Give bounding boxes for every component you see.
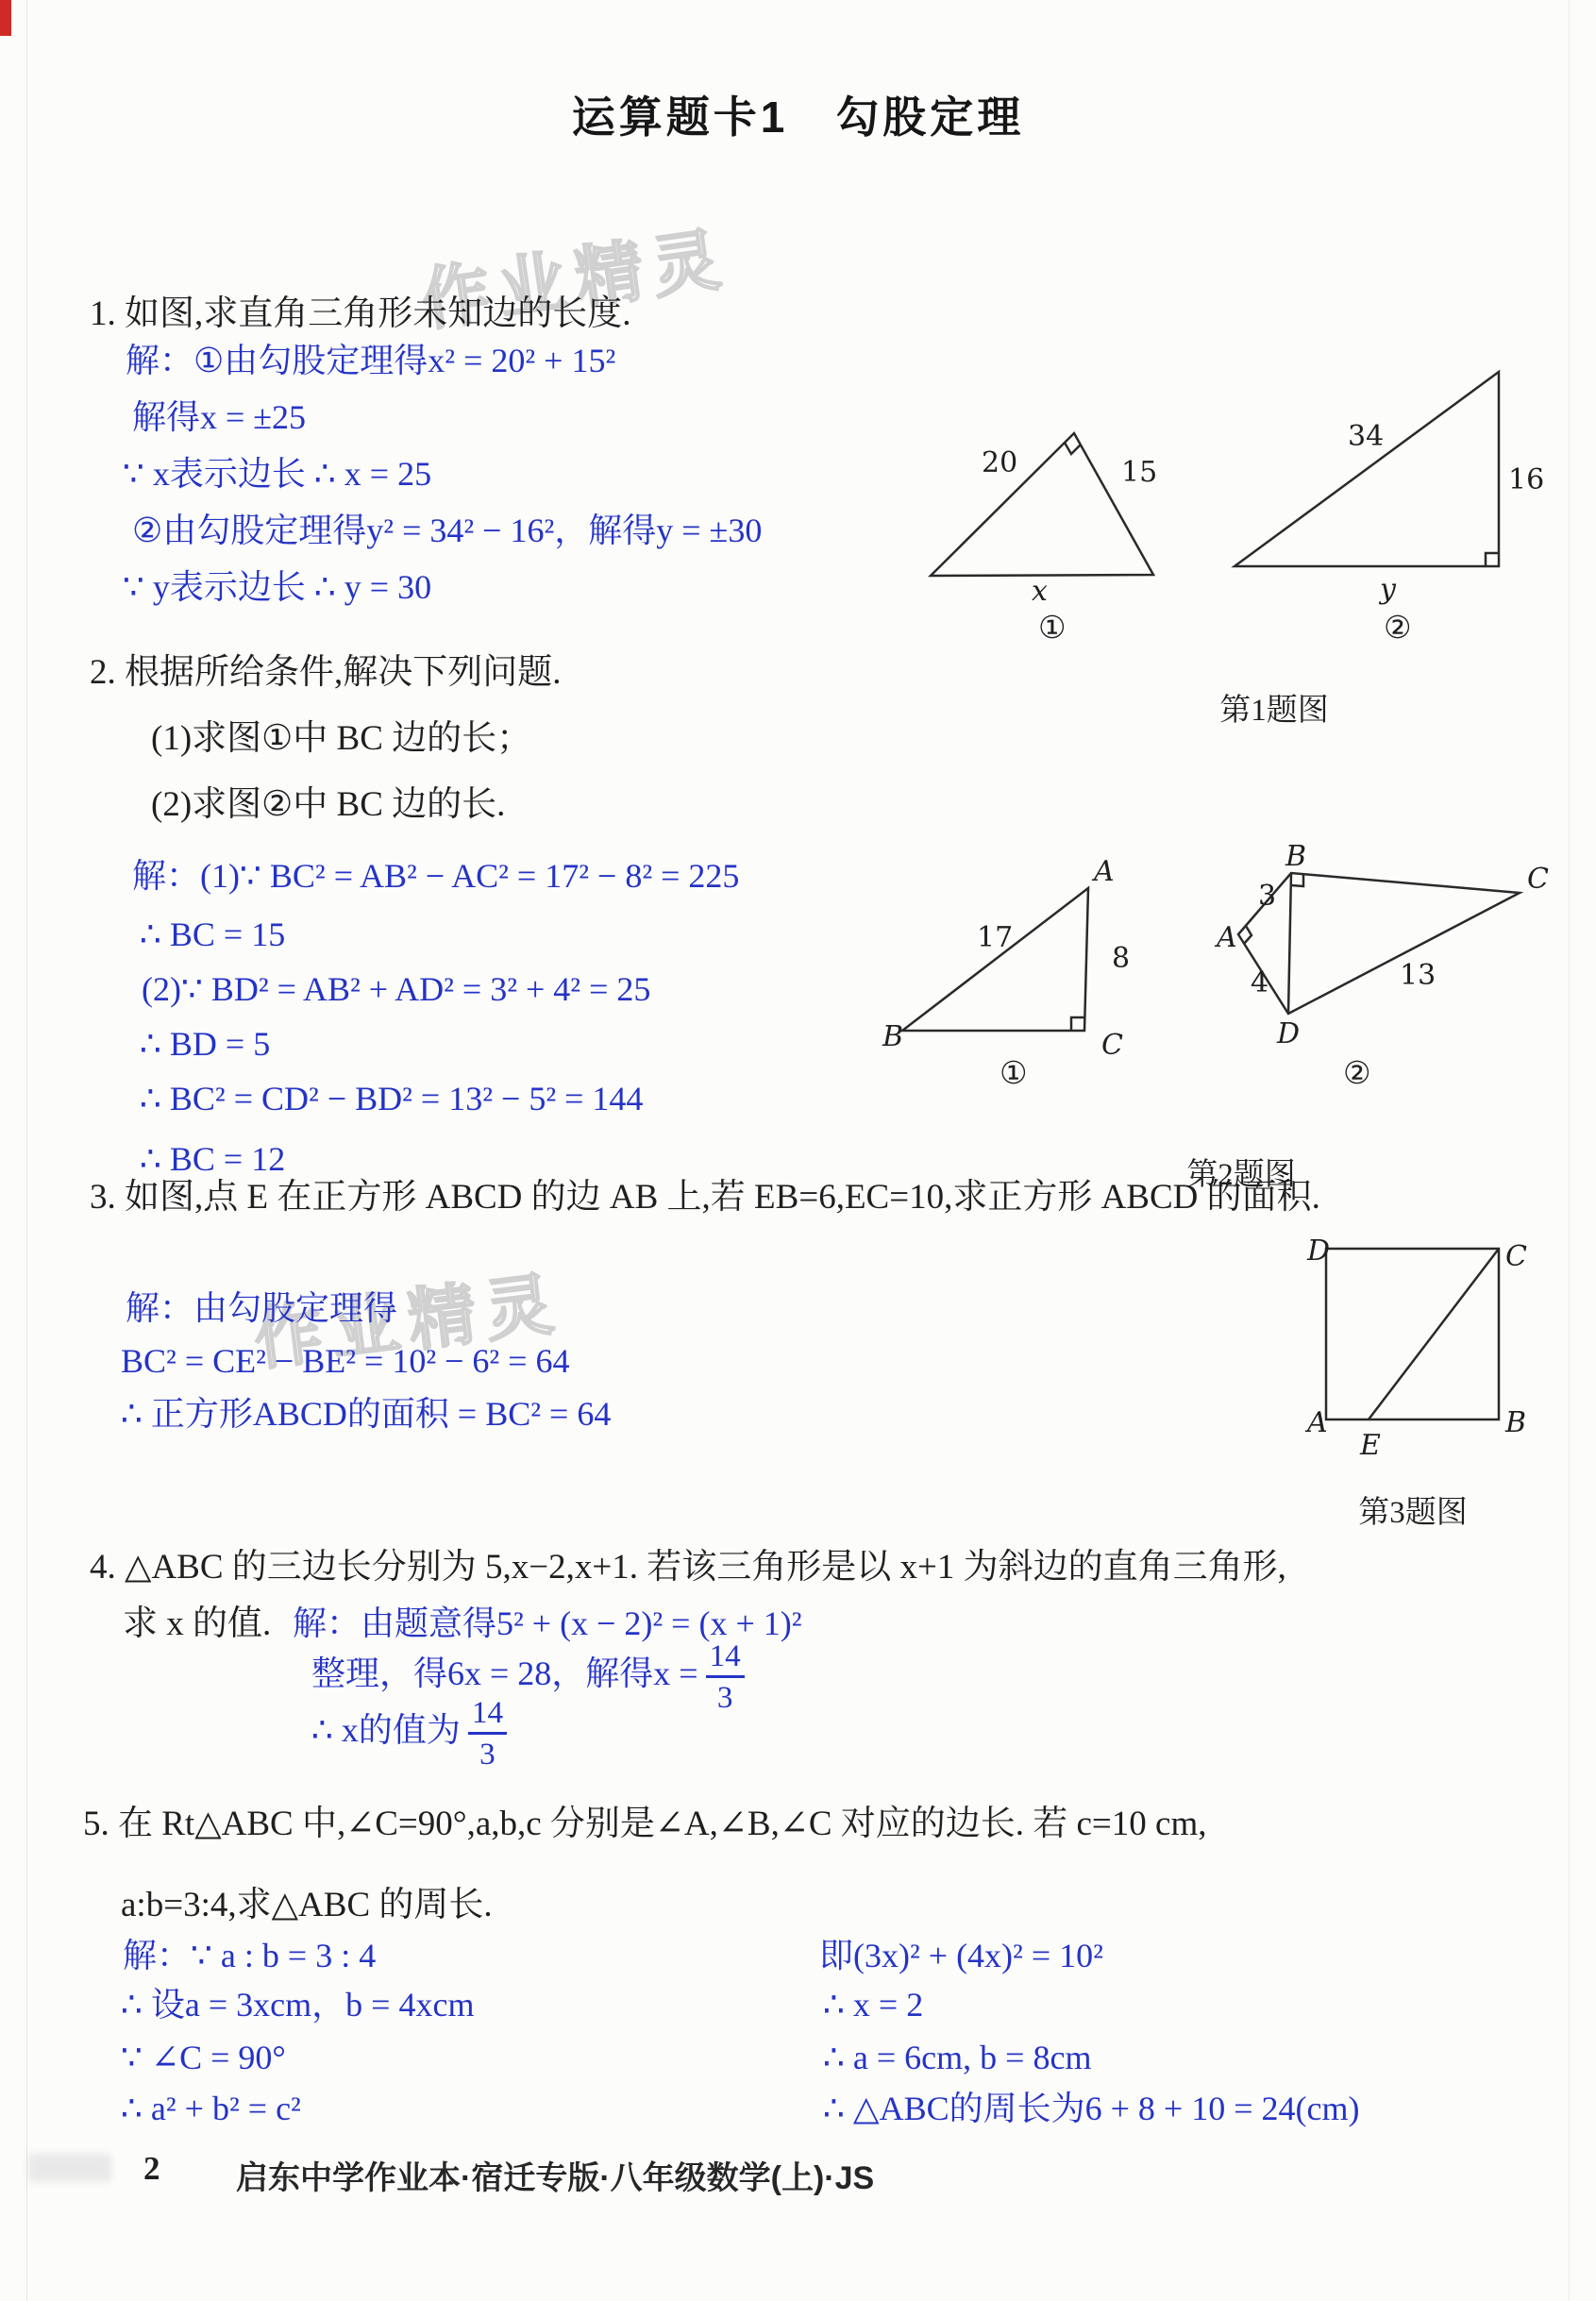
problem-1-solution-2: 解得x = ±25 bbox=[132, 396, 306, 439]
problem-2-item-1: (1)求图①中 BC 边的长； bbox=[151, 717, 531, 761]
triangle-1-side-15: 15 bbox=[1121, 456, 1157, 489]
problem-1-stem: 1. 如图,求直角三角形未知边的长度. bbox=[90, 293, 631, 336]
figure-1-triangles: 20 15 x ① 34 16 y ② bbox=[925, 366, 1567, 649]
figure-2-triangle-1-outline bbox=[902, 888, 1088, 1031]
figure-2-label-A: A bbox=[1091, 855, 1115, 888]
workbook-page: 运算题卡1 勾股定理 作业精灵 作业精灵 1. 如图,求直角三角形未知边的长度.… bbox=[0, 0, 1596, 2301]
problem-5-right-4: ∴ △ABC的周长为6 + 8 + 10 = 24(cm) bbox=[823, 2088, 1359, 2130]
fraction-denominator: 3 bbox=[717, 1678, 733, 1713]
figure-3-square-outline bbox=[1326, 1249, 1499, 1419]
triangle-2-side-34: 34 bbox=[1348, 420, 1384, 453]
figure-3-label-D: D bbox=[1306, 1234, 1330, 1268]
triangle-1-outline bbox=[931, 433, 1153, 576]
page-right-edge bbox=[1569, 0, 1570, 2301]
triangle-1-side-x: x bbox=[1032, 575, 1048, 608]
problem-1-solution-3: ∵ x表示边长 ∴ x = 25 bbox=[123, 453, 431, 495]
problem-3-solution-3: ∴ 正方形ABCD的面积 = BC² = 64 bbox=[121, 1393, 611, 1436]
triangle-2-side-16: 16 bbox=[1508, 463, 1544, 496]
problem-2-solution-6: ∴ BC = 12 bbox=[140, 1138, 285, 1181]
red-corner-mark bbox=[0, 0, 11, 36]
problem-5-left-4: ∴ a² + b² = c² bbox=[121, 2088, 301, 2130]
problem-5-right-1: 即(3x)² + (4x)² = 10² bbox=[819, 1935, 1103, 1977]
triangle-1-side-20: 20 bbox=[982, 446, 1017, 479]
problem-5-stem-line-1: 5. 在 Rt△ABC 中,∠C=90°,a,b,c 分别是∠A,∠B,∠C 对… bbox=[83, 1803, 1207, 1846]
problem-5-stem-line-2: a:b=3:4,求△ABC 的周长. bbox=[121, 1884, 493, 1927]
problem-4-solution-3: ∴ x的值为143 bbox=[311, 1697, 507, 1770]
figure-2-tag-1: ① bbox=[1000, 1054, 1028, 1091]
problem-3-solution-2: BC² = CE² − BE² = 10² − 6² = 64 bbox=[121, 1340, 570, 1383]
problem-5-left-3: ∵ ∠C = 90° bbox=[121, 2037, 286, 2079]
figure-2-label-B2: B bbox=[1285, 840, 1306, 873]
page-title: 运算题卡1 勾股定理 bbox=[0, 83, 1596, 145]
figure-3-label-B: B bbox=[1504, 1406, 1526, 1439]
problem-1-solution-4: ②由勾股定理得y² = 34² − 16²，解得y = ±30 bbox=[132, 510, 762, 552]
figure-2-quad-outline bbox=[1238, 873, 1520, 1014]
fraction-numerator: 14 bbox=[706, 1640, 745, 1678]
figure-3-label-A: A bbox=[1304, 1406, 1328, 1439]
figure-2-label-C: C bbox=[1101, 1029, 1123, 1062]
problem-1-solution-1: 解：①由勾股定理得x² = 20² + 15² bbox=[126, 340, 615, 382]
figure-2-label-B: B bbox=[882, 1020, 903, 1053]
figure-2-label-C2: C bbox=[1527, 863, 1549, 896]
problem-4-solution-3-text: ∴ x的值为 bbox=[311, 1711, 461, 1749]
problem-3-stem: 3. 如图,点 E 在正方形 ABCD 的边 AB 上,若 EB=6,EC=10… bbox=[90, 1176, 1320, 1219]
problem-5-right-3: ∴ a = 6cm, b = 8cm bbox=[823, 2037, 1091, 2079]
figure-2-side-13: 13 bbox=[1400, 959, 1436, 992]
figure-2-side-17: 17 bbox=[977, 921, 1013, 954]
figure-2-right-angle-A bbox=[1244, 926, 1252, 944]
triangle-2-right-angle-mark bbox=[1486, 553, 1499, 566]
figure-2-triangle-1-right-angle-mark bbox=[1071, 1017, 1084, 1031]
figure-2-side-4: 4 bbox=[1251, 966, 1268, 999]
problem-2-solution-1: 解：(1)∵ BC² = AB² − AC² = 17² − 8² = 225 bbox=[132, 855, 739, 898]
figure-3-segment-EC bbox=[1369, 1249, 1499, 1419]
figure-2-label-D2: D bbox=[1276, 1017, 1300, 1050]
problem-5-left-1: 解：∵ a : b = 3 : 4 bbox=[123, 1935, 376, 1977]
problem-5-left-2: ∴ 设a = 3xcm，b = 4xcm bbox=[121, 1984, 474, 2026]
problem-2-solution-3: (2)∵ BD² = AB² + AD² = 3² + 4² = 25 bbox=[142, 968, 650, 1011]
figure-2-segment-BD bbox=[1288, 873, 1291, 1014]
figure-2-tag-2: ② bbox=[1343, 1054, 1371, 1091]
fraction-14-over-3: 143 bbox=[706, 1640, 745, 1713]
problem-2-solution-2: ∴ BC = 15 bbox=[140, 914, 285, 956]
problem-2-item-2: (2)求图②中 BC 边的长. bbox=[151, 783, 505, 827]
problem-2-solution-4: ∴ BD = 5 bbox=[140, 1023, 270, 1066]
figure-3-caption: 第3题图 bbox=[1333, 1487, 1493, 1532]
fraction-numerator-b: 14 bbox=[468, 1697, 507, 1735]
footer-book-title: 启东中学作业本·宿迁专版·八年级数学(上)·JS bbox=[236, 2152, 874, 2198]
footer-smudge-watermark bbox=[28, 2154, 111, 2182]
footer-page-number: 2 bbox=[143, 2150, 160, 2188]
problem-4-solution-2-text: 整理，得6x = 28，解得x = bbox=[311, 1654, 698, 1692]
problem-1-solution-5: ∵ y表示边长 ∴ y = 30 bbox=[123, 566, 431, 609]
triangle-1-tag: ① bbox=[1038, 609, 1067, 646]
figure-2-side-8: 8 bbox=[1112, 942, 1130, 975]
problem-2-stem: 2. 根据所给条件,解决下列问题. bbox=[90, 651, 562, 695]
figure-3-label-E: E bbox=[1359, 1429, 1381, 1462]
triangle-2-tag: ② bbox=[1384, 609, 1412, 646]
figure-2-triangles: 17 8 A B C ① 3 4 13 A B C D ② bbox=[882, 852, 1543, 1088]
figure-1-caption: 第1题图 bbox=[1194, 685, 1354, 730]
triangle-1-right-angle-mark bbox=[1065, 443, 1081, 454]
figure-3-label-C: C bbox=[1505, 1240, 1527, 1273]
triangle-2-outline bbox=[1235, 372, 1499, 566]
figure-2-side-3: 3 bbox=[1258, 880, 1276, 913]
problem-4-stem-line-2: 求 x 的值. bbox=[123, 1603, 271, 1646]
figure-2-right-angle-B bbox=[1291, 874, 1303, 886]
problem-4-stem-line-1: 4. △ABC 的三边长分别为 5,x−2,x+1. 若该三角形是以 x+1 为… bbox=[90, 1546, 1286, 1589]
problem-5-right-2: ∴ x = 2 bbox=[823, 1984, 923, 2026]
figure-2-label-A2: A bbox=[1214, 921, 1237, 954]
fraction-14-over-3-b: 143 bbox=[468, 1697, 507, 1770]
triangle-2-side-y: y bbox=[1378, 573, 1397, 606]
problem-3-solution-1: 解：由勾股定理得 bbox=[126, 1287, 397, 1330]
fraction-denominator-b: 3 bbox=[479, 1735, 496, 1770]
figure-3-square: D C A B E bbox=[1307, 1220, 1590, 1470]
problem-2-solution-5: ∴ BC² = CD² − BD² = 13² − 5² = 144 bbox=[140, 1078, 643, 1120]
page-left-edge bbox=[26, 0, 27, 2301]
